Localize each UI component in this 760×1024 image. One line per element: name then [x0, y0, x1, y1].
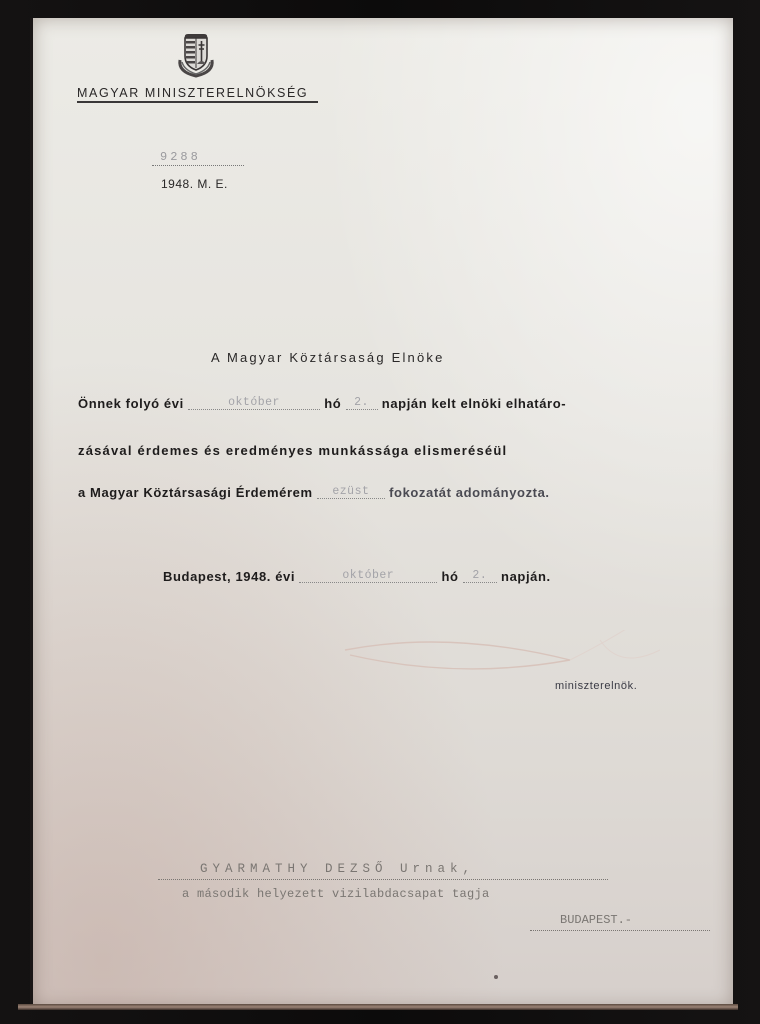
certificate-title: A Magyar Köztársaság Elnöke — [211, 350, 445, 365]
header-underline — [77, 101, 318, 103]
medal-grade-field: ezüst — [317, 486, 385, 499]
reference-year: 1948. M. E. — [161, 177, 228, 191]
issue-day-field: 2. — [463, 570, 497, 583]
decision-day-field: 2. — [346, 397, 378, 410]
reference-number: 9288 — [160, 150, 201, 164]
body-line-2: zásával érdemes és eredményes munkássága… — [78, 443, 507, 458]
recipient-name: GYARMATHY DEZSŐ Urnak, — [200, 862, 475, 876]
city-dotted-line — [530, 930, 710, 931]
line3-before: a Magyar Köztársasági Érdemérem — [78, 485, 313, 500]
date-line: Budapest, 1948. évi október hó 2. napján… — [163, 569, 551, 584]
line3-after: fokozatát adományozta. — [389, 485, 550, 500]
frame-bottom-edge — [18, 1004, 738, 1010]
certificate-paper — [30, 18, 733, 1008]
decision-month-field: október — [188, 397, 320, 410]
prime-minister-title: miniszterelnök. — [555, 680, 637, 692]
hungarian-coat-of-arms-icon — [174, 32, 218, 78]
date-line-before: Budapest, 1948. évi — [163, 569, 295, 584]
paper-speck — [494, 975, 498, 979]
line1-before: Önnek folyó évi — [78, 396, 184, 411]
line1-after: napján kelt elnöki elhatáro- — [382, 396, 566, 411]
issue-month-field: október — [299, 570, 437, 583]
recipient-description: a második helyezett vizilabdacsapat tagj… — [182, 887, 490, 901]
issuer-name: MAGYAR MINISZTERELNÖKSÉG — [77, 86, 308, 100]
body-line-3: a Magyar Köztársasági Érdemérem ezüst fo… — [78, 485, 550, 500]
date-line-mid: hó — [442, 569, 459, 584]
reference-dotted-line — [152, 165, 244, 166]
body-line-1: Önnek folyó évi október hó 2. napján kel… — [78, 396, 566, 411]
recipient-city: BUDAPEST.- — [560, 913, 632, 927]
recipient-dotted-line — [158, 879, 608, 880]
date-line-after: napján. — [501, 569, 551, 584]
line1-mid: hó — [324, 396, 341, 411]
